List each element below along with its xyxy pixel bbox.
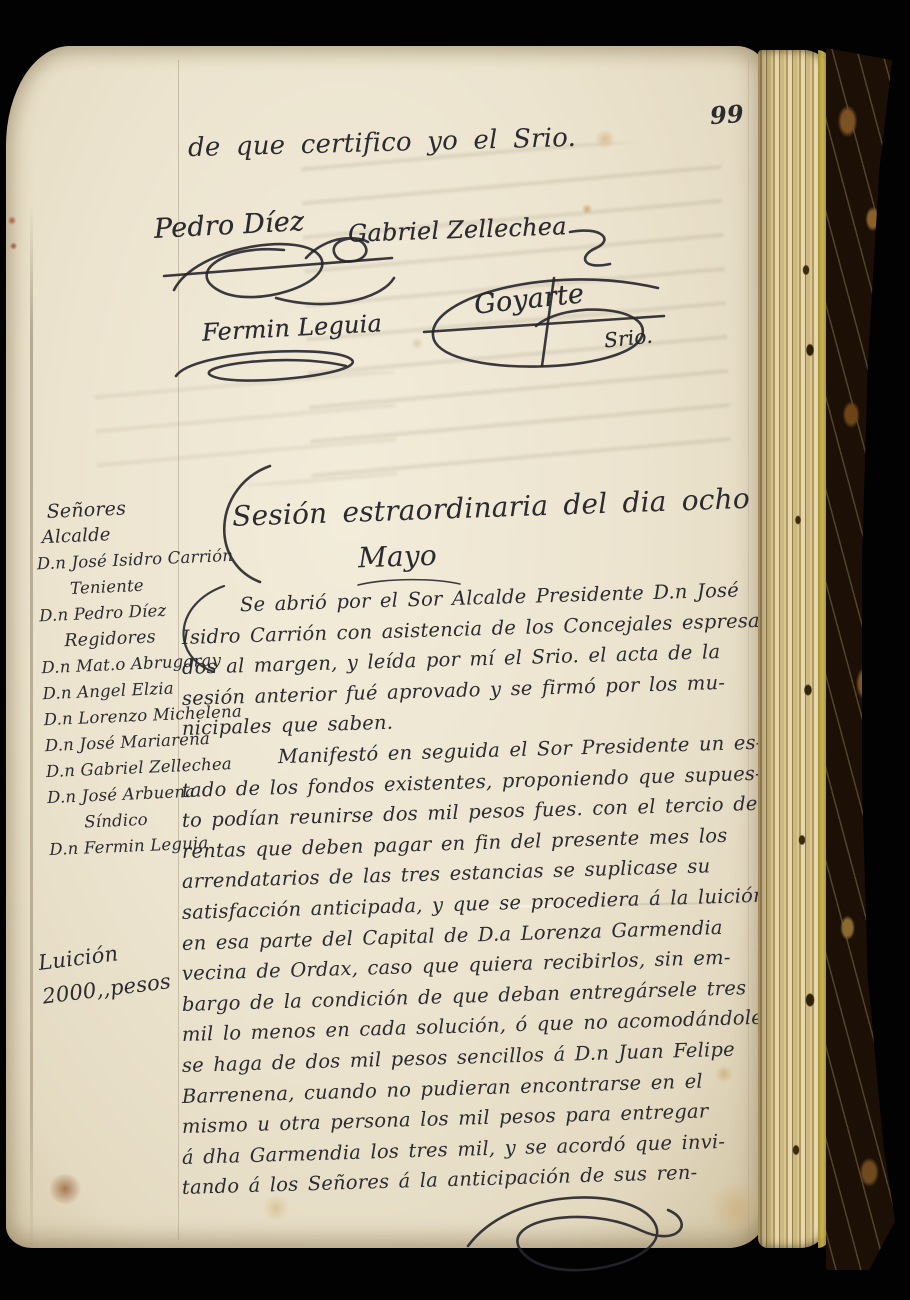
gutter-crease bbox=[30, 206, 33, 1256]
page-number: 99 bbox=[709, 99, 745, 130]
session-heading-line1: Sesión estraordinaria del dia ocho de bbox=[232, 480, 801, 533]
marbled-cover-edge bbox=[826, 48, 898, 1270]
rubric-goyarte bbox=[406, 274, 676, 384]
foxing-stain bbox=[48, 1174, 82, 1204]
rubric-gabriel bbox=[562, 224, 622, 274]
session-heading-line2: Mayo bbox=[357, 539, 437, 575]
rubric-pedro-diez bbox=[156, 228, 406, 318]
session-minutes-text: Se abrió por el Sor Alcalde Presidente D… bbox=[182, 592, 766, 1204]
manuscript-photo: 99 de que certifico yo el Srio. Pedro Dí… bbox=[0, 0, 910, 1300]
red-edge-spot bbox=[10, 242, 17, 250]
red-edge-spot bbox=[8, 216, 16, 225]
rubric-fermin bbox=[168, 342, 368, 390]
foxing-stain bbox=[581, 204, 593, 214]
foxing-stain bbox=[594, 130, 616, 148]
manuscript-page: 99 de que certifico yo el Srio. Pedro Dí… bbox=[6, 46, 766, 1248]
margin-note: Luición 2000,,pesos bbox=[36, 930, 172, 1013]
closing-flourish bbox=[434, 1192, 714, 1292]
book-page-edges bbox=[758, 50, 834, 1248]
